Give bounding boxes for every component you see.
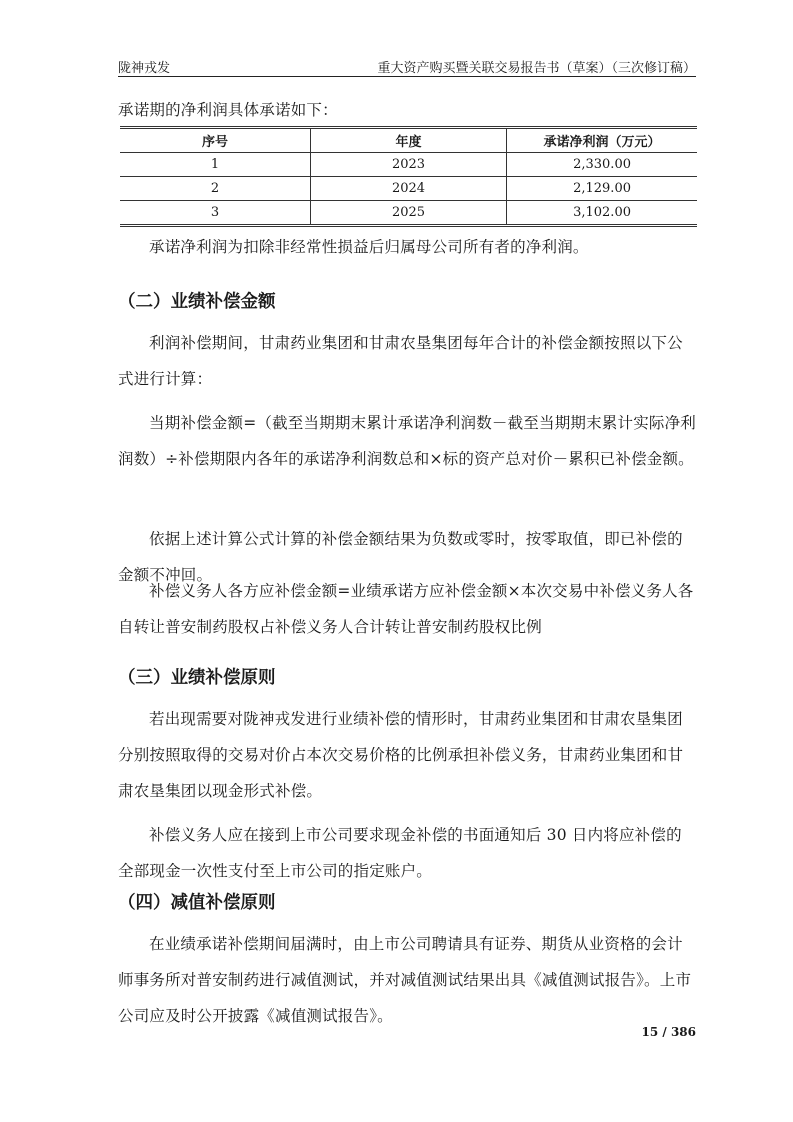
column-header: 承诺净利润（万元） — [507, 128, 697, 153]
company-name: 陇神戎发 — [118, 57, 170, 76]
paragraph: 若出现需要对陇神戎发进行业绩补偿的情形时，甘肃药业集团和甘肃农垦集团分别按照取得… — [118, 701, 696, 809]
column-header: 年度 — [310, 128, 506, 153]
paragraph: 补偿义务人各方应补偿金额=业绩承诺方应补偿金额×本次交易中补偿义务人各自转让普安… — [118, 573, 696, 645]
section-heading: （三）业绩补偿原则 — [118, 664, 276, 689]
table-cell: 2025 — [310, 201, 506, 226]
table-header-row: 序号 年度 承诺净利润（万元） — [120, 128, 697, 153]
paragraph: 在业绩承诺补偿期间届满时，由上市公司聘请具有证券、期货从业资格的会计师事务所对普… — [118, 926, 696, 1034]
intro-text: 承诺期的净利润具体承诺如下： — [118, 92, 696, 128]
column-header: 序号 — [120, 128, 310, 153]
table-cell: 2024 — [310, 177, 506, 201]
table-cell: 2023 — [310, 153, 506, 177]
table-cell: 3 — [120, 201, 310, 226]
page-header: 陇神戎发 重大资产购买暨关联交易报告书（草案）（三次修订稿） — [118, 56, 696, 77]
table-row: 3 2025 3,102.00 — [120, 201, 697, 226]
document-title: 重大资产购买暨关联交易报告书（草案）（三次修订稿） — [377, 57, 696, 76]
table-row: 1 2023 2,330.00 — [120, 153, 697, 177]
table-cell: 2,330.00 — [507, 153, 697, 177]
formula-paragraph: 当期补偿金额=（截至当期期末累计承诺净利润数－截至当期期末累计实际净利润数）÷补… — [118, 405, 696, 477]
table-cell: 3,102.00 — [507, 201, 697, 226]
profit-commitment-table: 序号 年度 承诺净利润（万元） 1 2023 2,330.00 2 2024 2… — [120, 126, 697, 227]
paragraph: 补偿义务人应在接到上市公司要求现金补偿的书面通知后 30 日内将应补偿的全部现金… — [118, 817, 696, 889]
page-number: 15 / 386 — [642, 1025, 697, 1039]
table-note: 承诺净利润为扣除非经常性损益后归属母公司所有者的净利润。 — [118, 229, 696, 265]
table-cell: 1 — [120, 153, 310, 177]
table-cell: 2 — [120, 177, 310, 201]
table-row: 2 2024 2,129.00 — [120, 177, 697, 201]
section-heading: （四）减值补偿原则 — [118, 889, 276, 914]
section-heading: （二）业绩补偿金额 — [118, 288, 276, 313]
paragraph: 利润补偿期间，甘肃药业集团和甘肃农垦集团每年合计的补偿金额按照以下公式进行计算： — [118, 325, 696, 397]
table-cell: 2,129.00 — [507, 177, 697, 201]
